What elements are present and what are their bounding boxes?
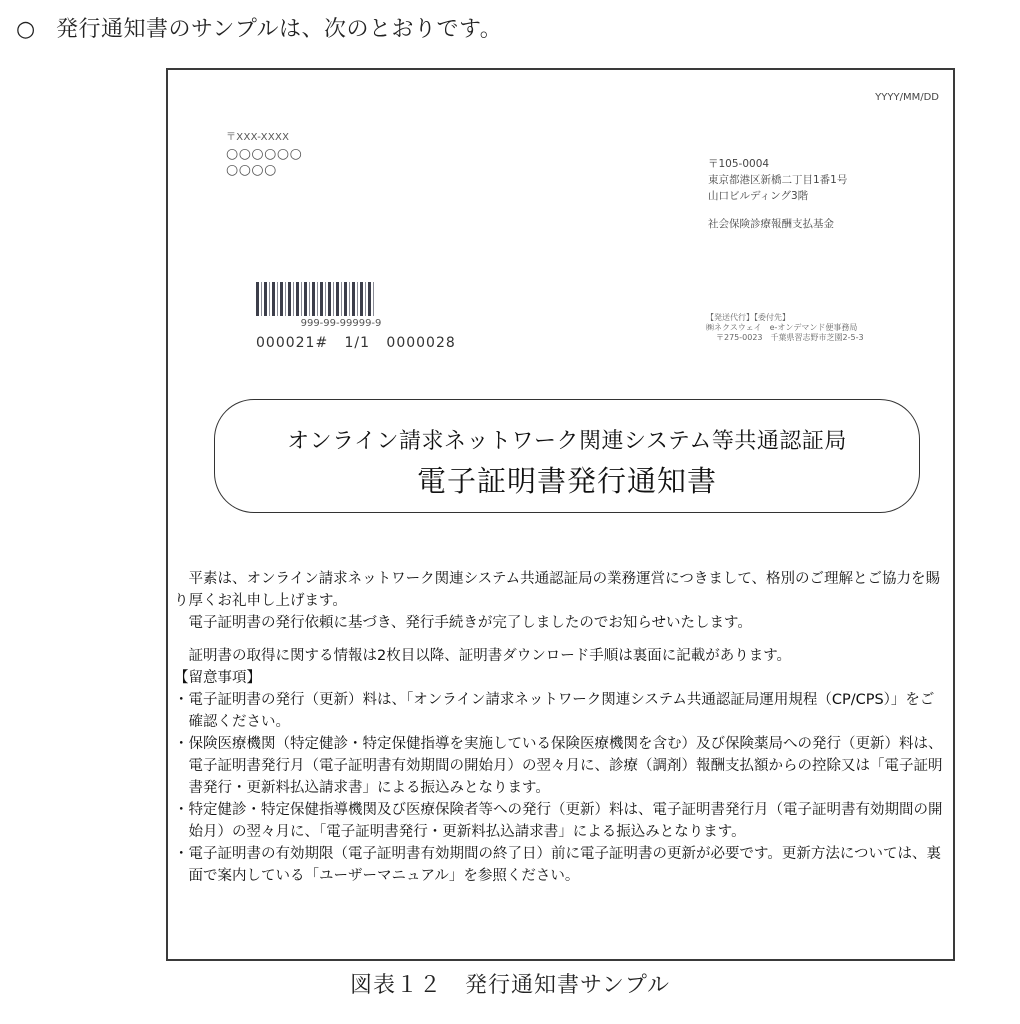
- agent-line-3: 〒275-0023 千葉県習志野市芝園2-5-3: [706, 333, 864, 343]
- document-date: YYYY/MM/DD: [875, 92, 939, 103]
- note-item: ・保険医療機関（特定健診・特定保健指導を実施している保険医療機関を含む）及び保険…: [174, 733, 946, 799]
- note-item: ・特定健診・特定保健指導機関及び医療保険者等への発行（更新）料は、電子証明書発行…: [174, 799, 946, 843]
- barcode-block: 999-99-99999-9: [256, 282, 456, 329]
- agent-line-1: 【発送代行】【委付先】: [706, 313, 864, 323]
- sender-zip: 〒XXX-XXXX: [226, 130, 302, 146]
- intro-line: ○発行通知書のサンプルは、次のとおりです。: [16, 12, 502, 43]
- barcode-icon: [256, 282, 456, 316]
- recipient-zip: 〒105-0004: [708, 156, 847, 172]
- recipient-org: 社会保険診療報酬支払基金: [708, 216, 847, 232]
- paragraph-greeting: 平素は、オンライン請求ネットワーク関連システム共通認証局の業務運営につきまして、…: [174, 568, 946, 612]
- sender-address: 〒XXX-XXXX ○○○○○○ ○○○○: [226, 130, 302, 178]
- document-title-box: オンライン請求ネットワーク関連システム等共通認証局 電子証明書発行通知書: [214, 399, 920, 513]
- recipient-address: 〒105-0004 東京都港区新橋二丁目1番1号 山口ビルディング3階 社会保険…: [708, 156, 847, 232]
- recipient-address-2: 山口ビルディング3階: [708, 188, 847, 204]
- sender-line-1: ○○○○○○: [226, 146, 302, 162]
- sender-line-2: ○○○○: [226, 162, 302, 178]
- title-subheading: オンライン請求ネットワーク関連システム等共通認証局: [215, 424, 919, 455]
- intro-text: 発行通知書のサンプルは、次のとおりです。: [56, 17, 502, 42]
- shipping-agent: 【発送代行】【委付先】 ㈱ネクスウェイ e-オンデマンド便事務局 〒275-00…: [706, 313, 864, 343]
- document-body: 平素は、オンライン請求ネットワーク関連システム共通認証局の業務運営につきまして、…: [174, 568, 946, 887]
- notice-document: YYYY/MM/DD 〒XXX-XXXX ○○○○○○ ○○○○ 〒105-00…: [166, 68, 955, 961]
- note-item: ・電子証明書の有効期限（電子証明書有効期間の終了日）前に電子証明書の更新が必要で…: [174, 843, 946, 887]
- recipient-address-1: 東京都港区新橋二丁目1番1号: [708, 172, 847, 188]
- circle-bullet-icon: ○: [16, 17, 56, 42]
- title-heading: 電子証明書発行通知書: [215, 459, 919, 500]
- paragraph-info: 証明書の取得に関する情報は2枚目以降、証明書ダウンロード手順は裏面に記載がありま…: [174, 645, 946, 667]
- paragraph-completion: 電子証明書の発行依頼に基づき、発行手続きが完了しましたのでお知らせいたします。: [174, 612, 946, 634]
- agent-line-2: ㈱ネクスウェイ e-オンデマンド便事務局: [706, 323, 864, 333]
- figure-caption: 図表１２ 発行通知書サンプル: [0, 968, 1020, 999]
- barcode-number: 999-99-99999-9: [256, 318, 426, 329]
- notes-heading: 【留意事項】: [174, 667, 946, 689]
- tracking-codes: 000021# 1/1 0000028: [256, 335, 456, 351]
- note-item: ・電子証明書の発行（更新）料は、「オンライン請求ネットワーク関連システム共通認証…: [174, 689, 946, 733]
